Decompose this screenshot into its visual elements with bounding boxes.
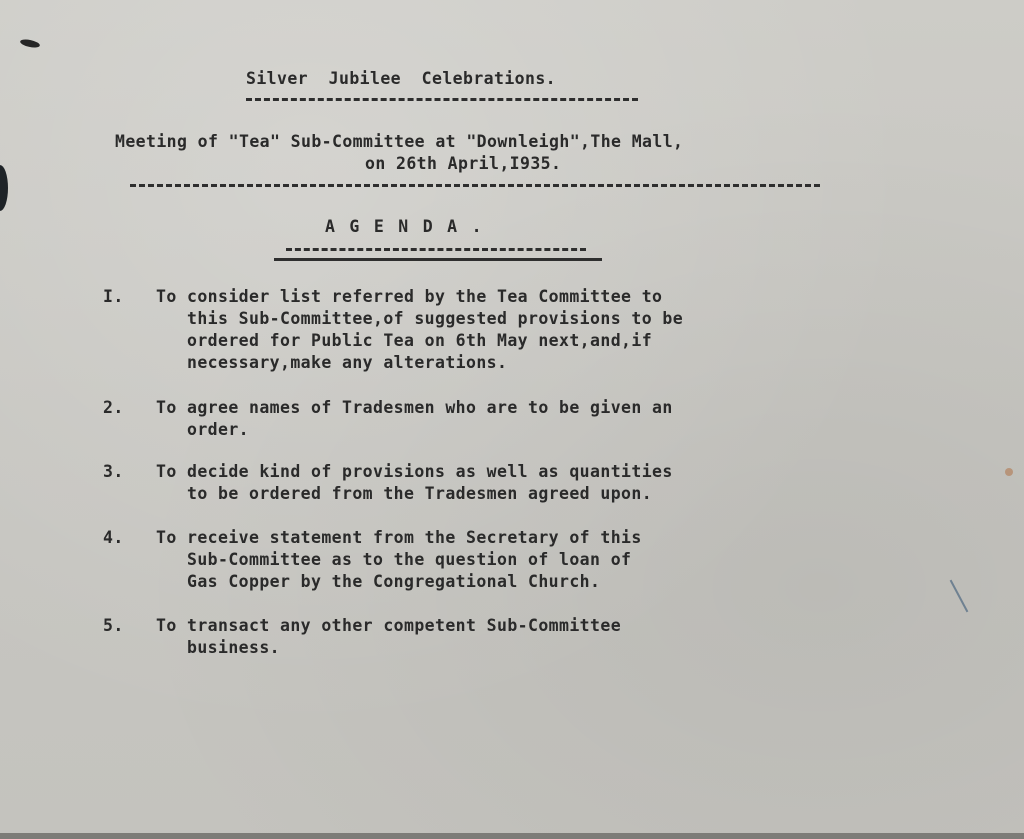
meeting-underline — [130, 184, 820, 187]
rust-spot — [1005, 468, 1013, 476]
agenda-item-line: ordered for Public Tea on 6th May next,a… — [156, 330, 652, 352]
agenda-item-number: 4. — [103, 527, 124, 549]
agenda-heading: AGENDA. — [325, 216, 496, 238]
agenda-item-line: To agree names of Tradesmen who are to b… — [156, 397, 673, 419]
agenda-item-number: 2. — [103, 397, 124, 419]
agenda-item-line: business. — [156, 637, 280, 659]
agenda-item-line: To decide kind of provisions as well as … — [156, 461, 673, 483]
paper-sheet — [0, 0, 1024, 839]
agenda-item-number: 3. — [103, 461, 124, 483]
meeting-details-line-2: on 26th April,I935. — [365, 153, 561, 175]
paper-bottom-edge — [0, 833, 1024, 839]
agenda-item-line: order. — [156, 419, 249, 441]
document-title: Silver Jubilee Celebrations. — [246, 68, 556, 90]
agenda-item-line: to be ordered from the Tradesmen agreed … — [156, 483, 652, 505]
meeting-details-line-1: Meeting of "Tea" Sub-Committee at "Downl… — [115, 131, 683, 153]
agenda-underline-solid — [274, 258, 602, 261]
agenda-item-number: 5. — [103, 615, 124, 637]
agenda-item-line: To consider list referred by the Tea Com… — [156, 286, 662, 308]
agenda-item-line: To transact any other competent Sub-Comm… — [156, 615, 621, 637]
agenda-item-number: I. — [103, 286, 124, 308]
agenda-item-line: this Sub-Committee,of suggested provisio… — [156, 308, 683, 330]
agenda-underline-dashed — [286, 248, 586, 251]
agenda-item-line: Gas Copper by the Congregational Church. — [156, 571, 600, 593]
agenda-item-line: Sub-Committee as to the question of loan… — [156, 549, 631, 571]
agenda-item-line: necessary,make any alterations. — [156, 352, 507, 374]
title-underline — [246, 98, 638, 101]
agenda-item-line: To receive statement from the Secretary … — [156, 527, 642, 549]
